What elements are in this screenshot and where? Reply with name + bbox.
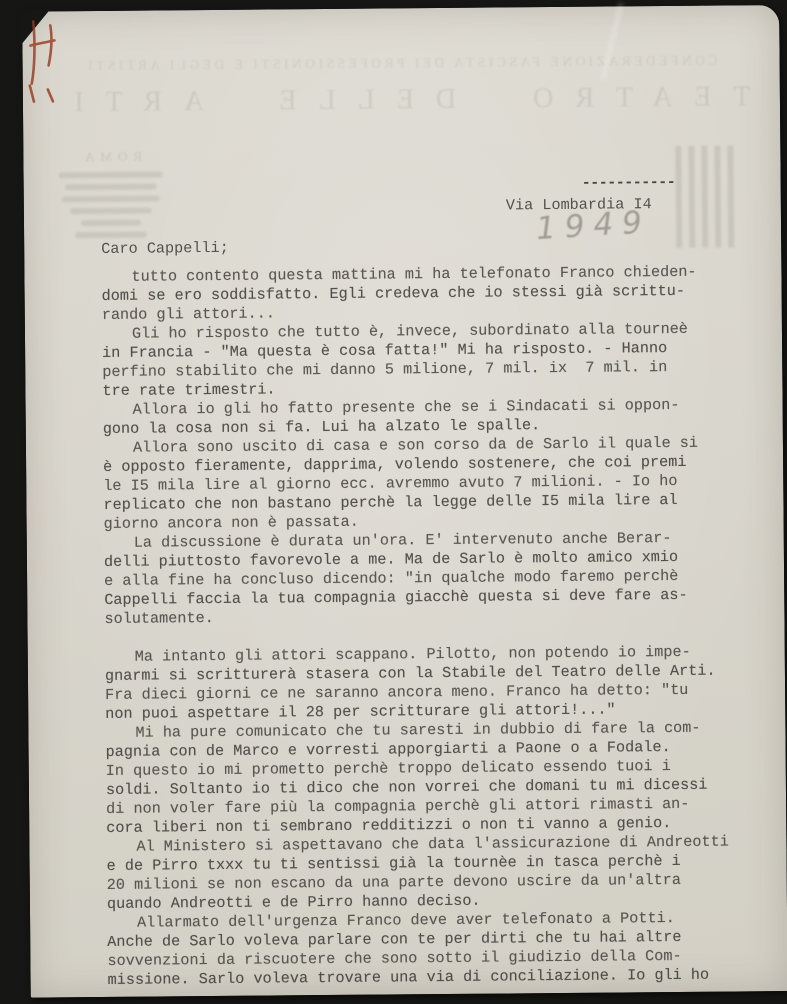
salutation: Caro Cappelli; [101,239,229,258]
paragraph: Ma intanto gli attori scappano. Pilotto,… [105,642,766,724]
handwritten-year: 1949 [535,204,652,247]
ghost-letterhead-org-line: CONFEDERAZIONE FASCISTA DEI PROFESSIONIS… [23,52,780,75]
paragraph: La discussione è durata un'ora. E' inter… [104,528,765,629]
paragraph: Gli ho risposto che tutto è, invece, sub… [102,319,763,401]
ghost-letterhead-city: ROMA [51,148,169,165]
ghost-text-bar [62,195,160,202]
typed-dashed-rule: ----------- [582,174,676,192]
ghost-text-bar [70,208,152,215]
paragraph: Mi ha pure comunicato che tu saresti in … [105,718,766,838]
red-ink-mark [24,15,69,111]
letter-sheet: CONFEDERAZIONE FASCISTA DEI PROFESSIONIS… [22,5,787,998]
ghost-text-bar [65,183,157,190]
letter-body: tutto contento questa mattina mi ha tele… [101,262,767,990]
paragraph: Allora io gli ho fatto presente che se i… [103,395,763,439]
ghost-letterhead-address-block: ROMA [51,148,170,244]
paragraph: Allora sono uscito di casa e son corso d… [103,433,764,534]
scan-background: CONFEDERAZIONE FASCISTA DEI PROFESSIONIS… [0,0,787,1004]
ghost-letterhead-logo [675,145,740,248]
ghost-text-bar [59,171,163,178]
ghost-text-bar [81,220,141,227]
ghost-letterhead-title: TEATRO DELLE ARTI [23,81,780,120]
paragraph: Allarmato dell'urgenza Franco deve aver … [107,908,768,990]
paragraph: Al Ministero si aspettavano che data l'a… [106,832,767,914]
ghost-text-bar [75,232,147,239]
paragraph: tutto contento questa mattina mi ha tele… [101,262,761,325]
